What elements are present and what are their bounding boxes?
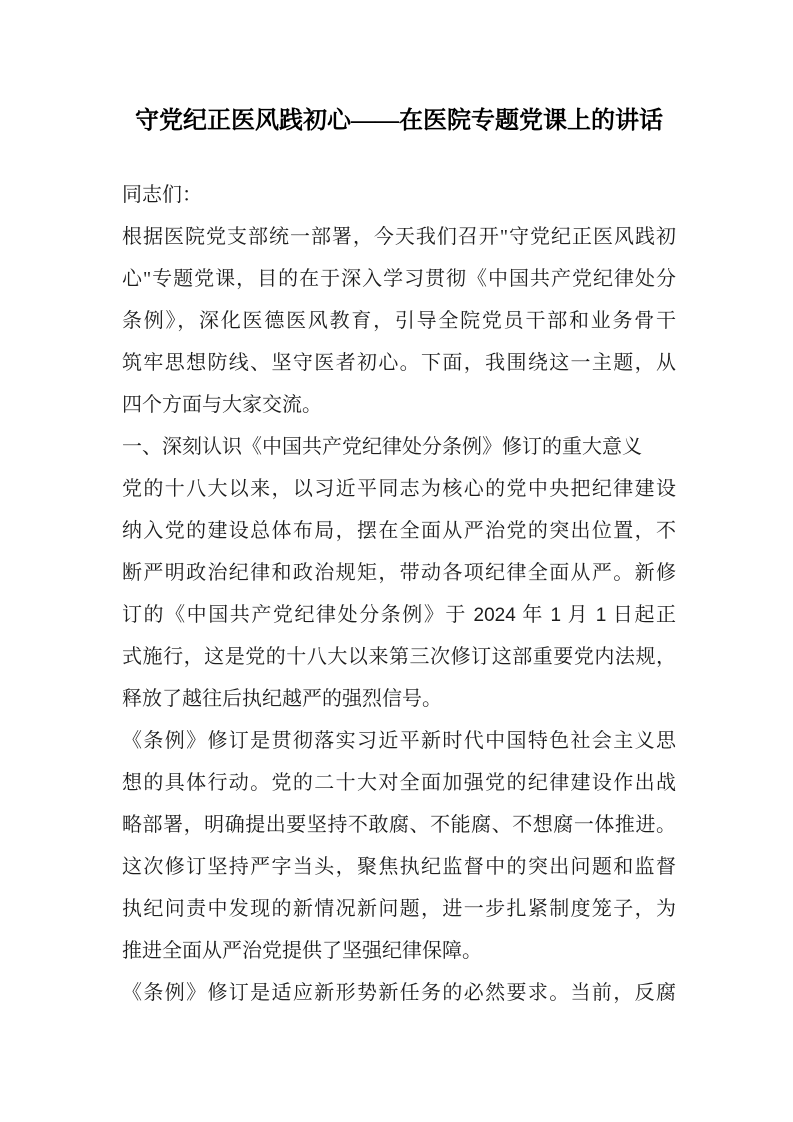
body-text-line: 条例》，深化医德医风教育，引导全院党员干部和业务骨干 (122, 300, 676, 342)
body-text-line: 断严明政治纪律和政治规矩，带动各项纪律全面从严。新修 (122, 552, 676, 594)
section-heading-line: 一、深刻认识《中国共产党纪律处分条例》修订的重大意义 (122, 426, 676, 468)
body-text-line: 《条例》修订是适应新形势新任务的必然要求。当前，反腐 (122, 972, 676, 1014)
latin-numeral: 1 (551, 605, 562, 626)
body-text-line: 《条例》修订是贯彻落实习近平新时代中国特色社会主义思 (122, 720, 676, 762)
body-text-line: 纳入党的建设总体布局，摆在全面从严治党的突出位置，不 (122, 510, 676, 552)
body-text-line: 党的十八大以来，以习近平同志为核心的党中央把纪律建设 (122, 468, 676, 510)
body-text-line: 推进全面从严治党提供了坚强纪律保障。 (122, 930, 676, 972)
body-text-line: 心"专题党课，目的在于深入学习贯彻《中国共产党纪律处分 (122, 258, 676, 300)
body-text-line: 订的《中国共产党纪律处分条例》于 2024 年 1 月 1 日起正 (122, 594, 676, 636)
body-text-line: 式施行，这是党的十八大以来第三次修订这部重要党内法规， (122, 636, 676, 678)
body-text-line: 略部署，明确提出要坚持不敢腐、不能腐、不想腐一体推进。 (122, 804, 676, 846)
document-title: 守党纪正医风践初心——在医院专题党课上的讲话 (122, 96, 676, 146)
document-page: 守党纪正医风践初心——在医院专题党课上的讲话 同志们：根据医院党支部统一部署，今… (0, 0, 793, 1122)
body-text-line: 释放了越往后执纪越严的强烈信号。 (122, 678, 676, 720)
latin-numeral: 2024 (474, 605, 516, 626)
body-text-line: 想的具体行动。党的二十大对全面加强党的纪律建设作出战 (122, 762, 676, 804)
body-text-line: 同志们： (122, 174, 676, 216)
body-text-line: 筑牢思想防线、坚守医者初心。下面，我围绕这一主题，从 (122, 342, 676, 384)
latin-numeral: 1 (596, 605, 607, 626)
document-content: 守党纪正医风践初心——在医院专题党课上的讲话 同志们：根据医院党支部统一部署，今… (122, 96, 676, 1014)
body-text-line: 执纪问责中发现的新情况新问题，进一步扎紧制度笼子，为 (122, 888, 676, 930)
body-text-line: 根据医院党支部统一部署，今天我们召开"守党纪正医风践初 (122, 216, 676, 258)
body-text-line: 四个方面与大家交流。 (122, 384, 676, 426)
document-body: 同志们：根据医院党支部统一部署，今天我们召开"守党纪正医风践初心"专题党课，目的… (122, 174, 676, 1014)
body-text-line: 这次修订坚持严字当头，聚焦执纪监督中的突出问题和监督 (122, 846, 676, 888)
